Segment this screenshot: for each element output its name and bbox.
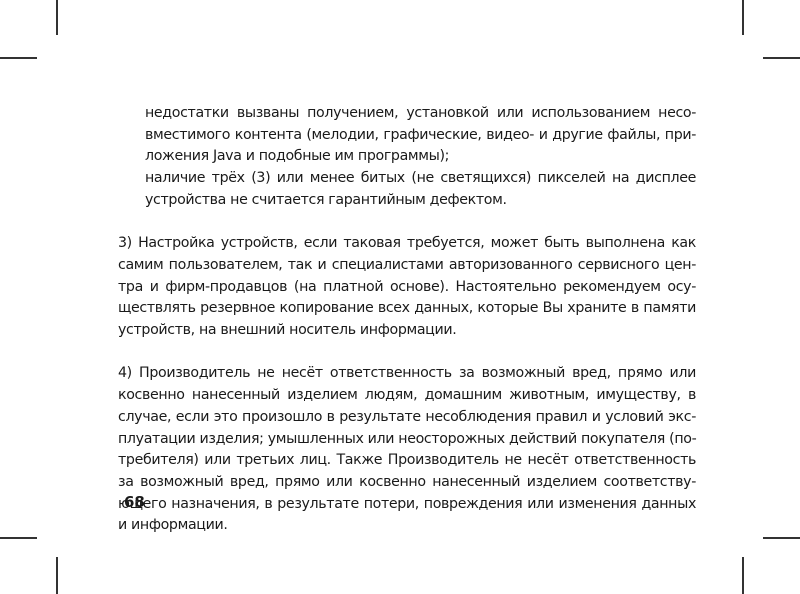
text-line: ществлять резервное копирование всех дан… — [118, 298, 696, 320]
crop-mark-top-right-horizontal — [763, 57, 800, 59]
text-line: недостатки вызваны получением, установко… — [145, 103, 696, 125]
crop-mark-top-left-horizontal — [0, 57, 37, 59]
text-line: косвенно нанесенный изделием людям, дома… — [118, 385, 696, 407]
crop-mark-top-right-vertical — [742, 0, 744, 35]
text-line: за возможный вред, прямо или косвенно на… — [118, 472, 696, 494]
text-line: плуатации изделия; умышленных или неосто… — [118, 429, 696, 451]
crop-mark-bottom-right-horizontal — [763, 537, 800, 539]
text-line: ющего назначения, в результате потери, п… — [118, 494, 696, 516]
text-line: ложения Java и подобные им программы); — [145, 146, 696, 168]
text-line: и информации. — [118, 515, 696, 537]
text-line: наличие трёх (3) или менее битых (не све… — [145, 168, 696, 190]
crop-mark-bottom-right-vertical — [742, 557, 744, 594]
paragraph-spacer — [118, 342, 696, 364]
paragraph-4: 4) Производитель не несёт ответственност… — [118, 363, 696, 537]
text-line: устройства не считается гарантийным дефе… — [145, 190, 696, 212]
crop-mark-top-left-vertical — [56, 0, 58, 35]
crop-mark-bottom-left-horizontal — [0, 537, 37, 539]
crop-mark-bottom-left-vertical — [56, 557, 58, 594]
page-body: недостатки вызваны получением, установко… — [118, 103, 696, 537]
text-line: самим пользователем, так и специалистами… — [118, 255, 696, 277]
text-line: устройств, на внешний носитель информаци… — [118, 320, 696, 342]
text-line: случае, если это произошло в результате … — [118, 407, 696, 429]
text-line: требителя) или третьих лиц. Также Произв… — [118, 450, 696, 472]
page-number: 68 — [124, 493, 145, 511]
bullet-block: недостатки вызваны получением, установко… — [118, 103, 696, 212]
text-line: тра и фирм-продавцов (на платной основе)… — [118, 277, 696, 299]
text-line: вместимого контента (мелодии, графически… — [145, 125, 696, 147]
paragraph-spacer — [118, 212, 696, 234]
paragraph-3: 3) Настройка устройств, если таковая тре… — [118, 233, 696, 342]
text-line: 4) Производитель не несёт ответственност… — [118, 363, 696, 385]
text-line: 3) Настройка устройств, если таковая тре… — [118, 233, 696, 255]
